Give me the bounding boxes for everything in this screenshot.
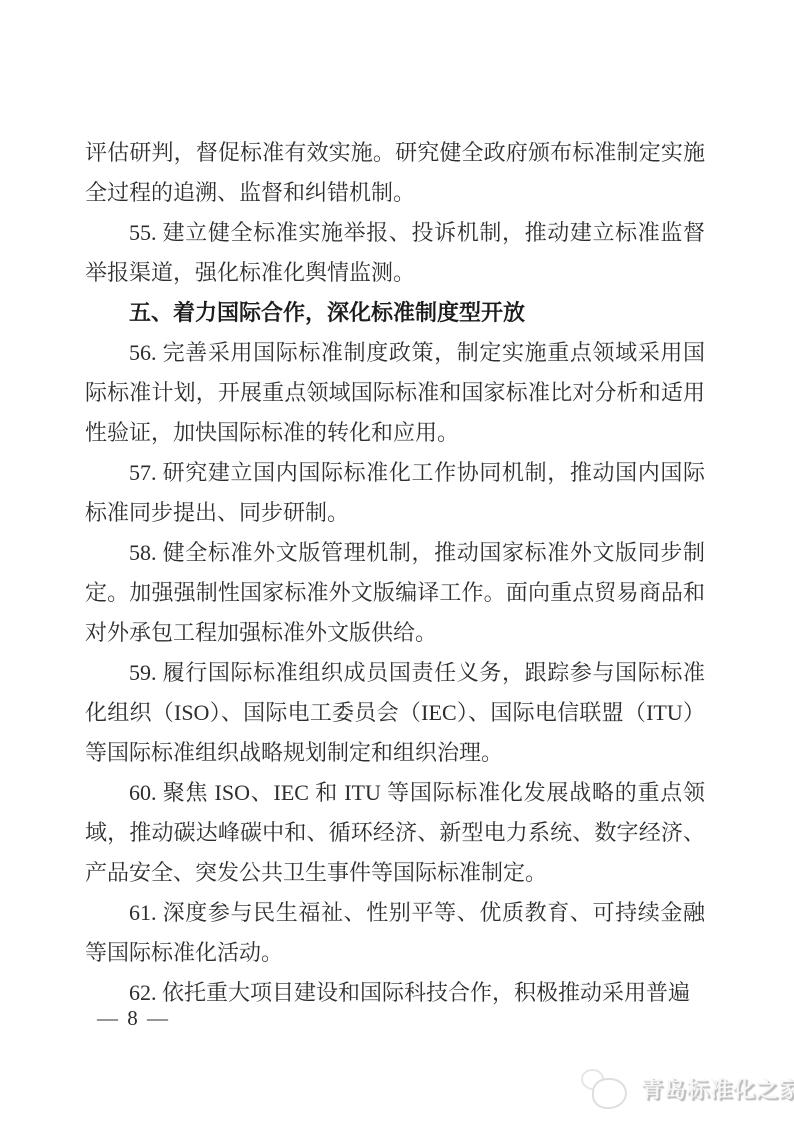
bubble-large-shape — [592, 1078, 627, 1109]
paragraph: 56. 完善采用国际标准制度政策，制定实施重点领域采用国际标准计划，开展重点领域… — [85, 333, 705, 453]
overlapping-bubbles-logo-icon — [578, 1066, 632, 1110]
paragraph: 58. 健全标准外文版管理机制，推动国家标准外文版同步制定。加强强制性国家标准外… — [85, 533, 705, 653]
paragraph: 59. 履行国际标准组织成员国责任义务，跟踪参与国际标准化组织（ISO）、国际电… — [85, 653, 705, 773]
paragraph: 57. 研究建立国内国际标准化工作协同机制，推动国内国际标准同步提出、同步研制。 — [85, 453, 705, 533]
watermark: 青岛标准化之家 — [578, 1064, 794, 1112]
paragraph: 60. 聚焦 ISO、IEC 和 ITU 等国际标准化发展战略的重点领域，推动碳… — [85, 773, 705, 893]
document-body: 评估研判，督促标准有效实施。研究健全政府颁布标准制定实施全过程的追溯、监督和纠错… — [85, 133, 705, 1013]
paragraph: 61. 深度参与民生福祉、性别平等、优质教育、可持续金融等国际标准化活动。 — [85, 893, 705, 973]
page-number: — 8 — — [97, 1001, 170, 1035]
section-heading: 五、着力国际合作，深化标准制度型开放 — [85, 293, 705, 333]
paragraph: 55. 建立健全标准实施举报、投诉机制，推动建立标准监督举报渠道，强化标准化舆情… — [85, 213, 705, 293]
paragraph: 62. 依托重大项目建设和国际科技合作，积极推动采用普遍 — [85, 973, 705, 1013]
document-page: 评估研判，督促标准有效实施。研究健全政府颁布标准制定实施全过程的追溯、监督和纠错… — [0, 0, 794, 1123]
watermark-text: 青岛标准化之家 — [641, 1073, 794, 1104]
paragraph: 评估研判，督促标准有效实施。研究健全政府颁布标准制定实施全过程的追溯、监督和纠错… — [85, 133, 705, 213]
